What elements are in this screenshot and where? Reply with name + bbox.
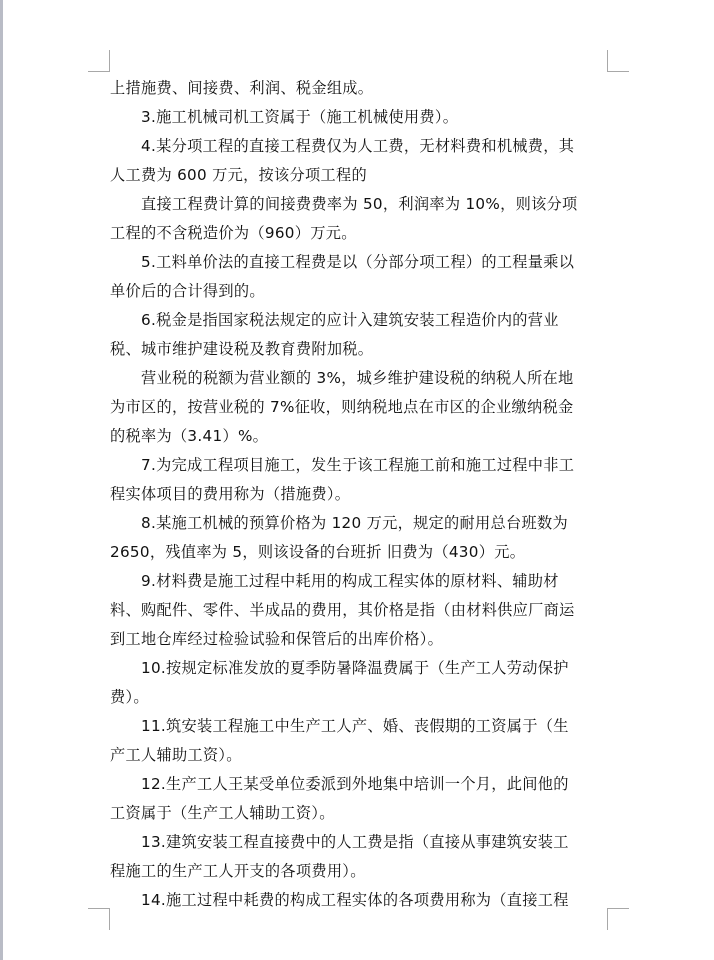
text-line: 10.按规定标准发放的夏季防暑降温费属于（生产工人劳动保护 bbox=[110, 654, 610, 683]
text-line: 料、购配件、零件、半成品的费用，其价格是指（由材料供应厂商运 bbox=[110, 596, 610, 625]
text-line: 的税率为（3.41）%。 bbox=[110, 422, 610, 451]
text-line: 直接工程费计算的间接费费率为 50，利润率为 10%，则该分项 bbox=[110, 190, 610, 219]
document-body[interactable]: 上措施费、间接费、利润、税金组成。3.施工机械司机工资属于（施工机械使用费）。4… bbox=[110, 74, 610, 915]
text-line: 费）。 bbox=[110, 683, 610, 712]
crop-mark-top-left-vertical bbox=[109, 50, 110, 72]
text-line: 11.筑安装工程施工中生产工人产、婚、丧假期的工资属于（生 bbox=[110, 712, 610, 741]
text-line: 9.材料费是施工过程中耗用的构成工程实体的原材料、辅助材 bbox=[110, 567, 610, 596]
text-line: 8.某施工机械的预算价格为 120 万元，规定的耐用总台班数为 bbox=[110, 509, 610, 538]
text-line: 程实体项目的费用称为（措施费）。 bbox=[110, 480, 610, 509]
text-line: 营业税的税额为营业额的 3%，城乡维护建设税的纳税人所在地 bbox=[110, 364, 610, 393]
text-line: 14.施工过程中耗费的构成工程实体的各项费用称为（直接工程 bbox=[110, 886, 610, 915]
crop-mark-top-right-horizontal bbox=[607, 71, 629, 72]
text-line: 4.某分项工程的直接工程费仅为人工费，无材料费和机械费，其 bbox=[110, 132, 610, 161]
text-line: 3.施工机械司机工资属于（施工机械使用费）。 bbox=[110, 103, 610, 132]
text-line: 13.建筑安装工程直接费中的人工费是指（直接从事建筑安装工 bbox=[110, 828, 610, 857]
text-line: 2650，残值率为 5，则该设备的台班折 旧费为（430）元。 bbox=[110, 538, 610, 567]
text-line: 5.工料单价法的直接工程费是以（分部分项工程）的工程量乘以 bbox=[110, 248, 610, 277]
crop-mark-top-right-vertical bbox=[607, 50, 608, 72]
text-line: 到工地仓库经过检验试验和保管后的出库价格）。 bbox=[110, 625, 610, 654]
text-line: 人工费为 600 万元，按该分项工程的 bbox=[110, 161, 610, 190]
text-line: 7.为完成工程项目施工，发生于该工程施工前和施工过程中非工 bbox=[110, 451, 610, 480]
text-line: 为市区的，按营业税的 7%征收，则纳税地点在市区的企业缴纳税金 bbox=[110, 393, 610, 422]
text-line: 税、城市维护建设税及教育费附加税。 bbox=[110, 335, 610, 364]
text-line: 6.税金是指国家税法规定的应计入建筑安装工程造价内的营业 bbox=[110, 306, 610, 335]
text-line: 上措施费、间接费、利润、税金组成。 bbox=[110, 74, 610, 103]
text-line: 程施工的生产工人开支的各项费用）。 bbox=[110, 857, 610, 886]
crop-mark-bottom-left-horizontal bbox=[88, 908, 110, 909]
crop-mark-bottom-right-horizontal bbox=[607, 908, 629, 909]
text-line: 12.生产工人王某受单位委派到外地集中培训一个月，此间他的 bbox=[110, 770, 610, 799]
crop-mark-top-left-horizontal bbox=[88, 71, 110, 72]
text-line: 产工人辅助工资）。 bbox=[110, 741, 610, 770]
text-line: 工程的不含税造价为（960）万元。 bbox=[110, 219, 610, 248]
window-left-edge bbox=[0, 0, 3, 960]
text-line: 单价后的合计得到的。 bbox=[110, 277, 610, 306]
text-line: 工资属于（生产工人辅助工资）。 bbox=[110, 799, 610, 828]
